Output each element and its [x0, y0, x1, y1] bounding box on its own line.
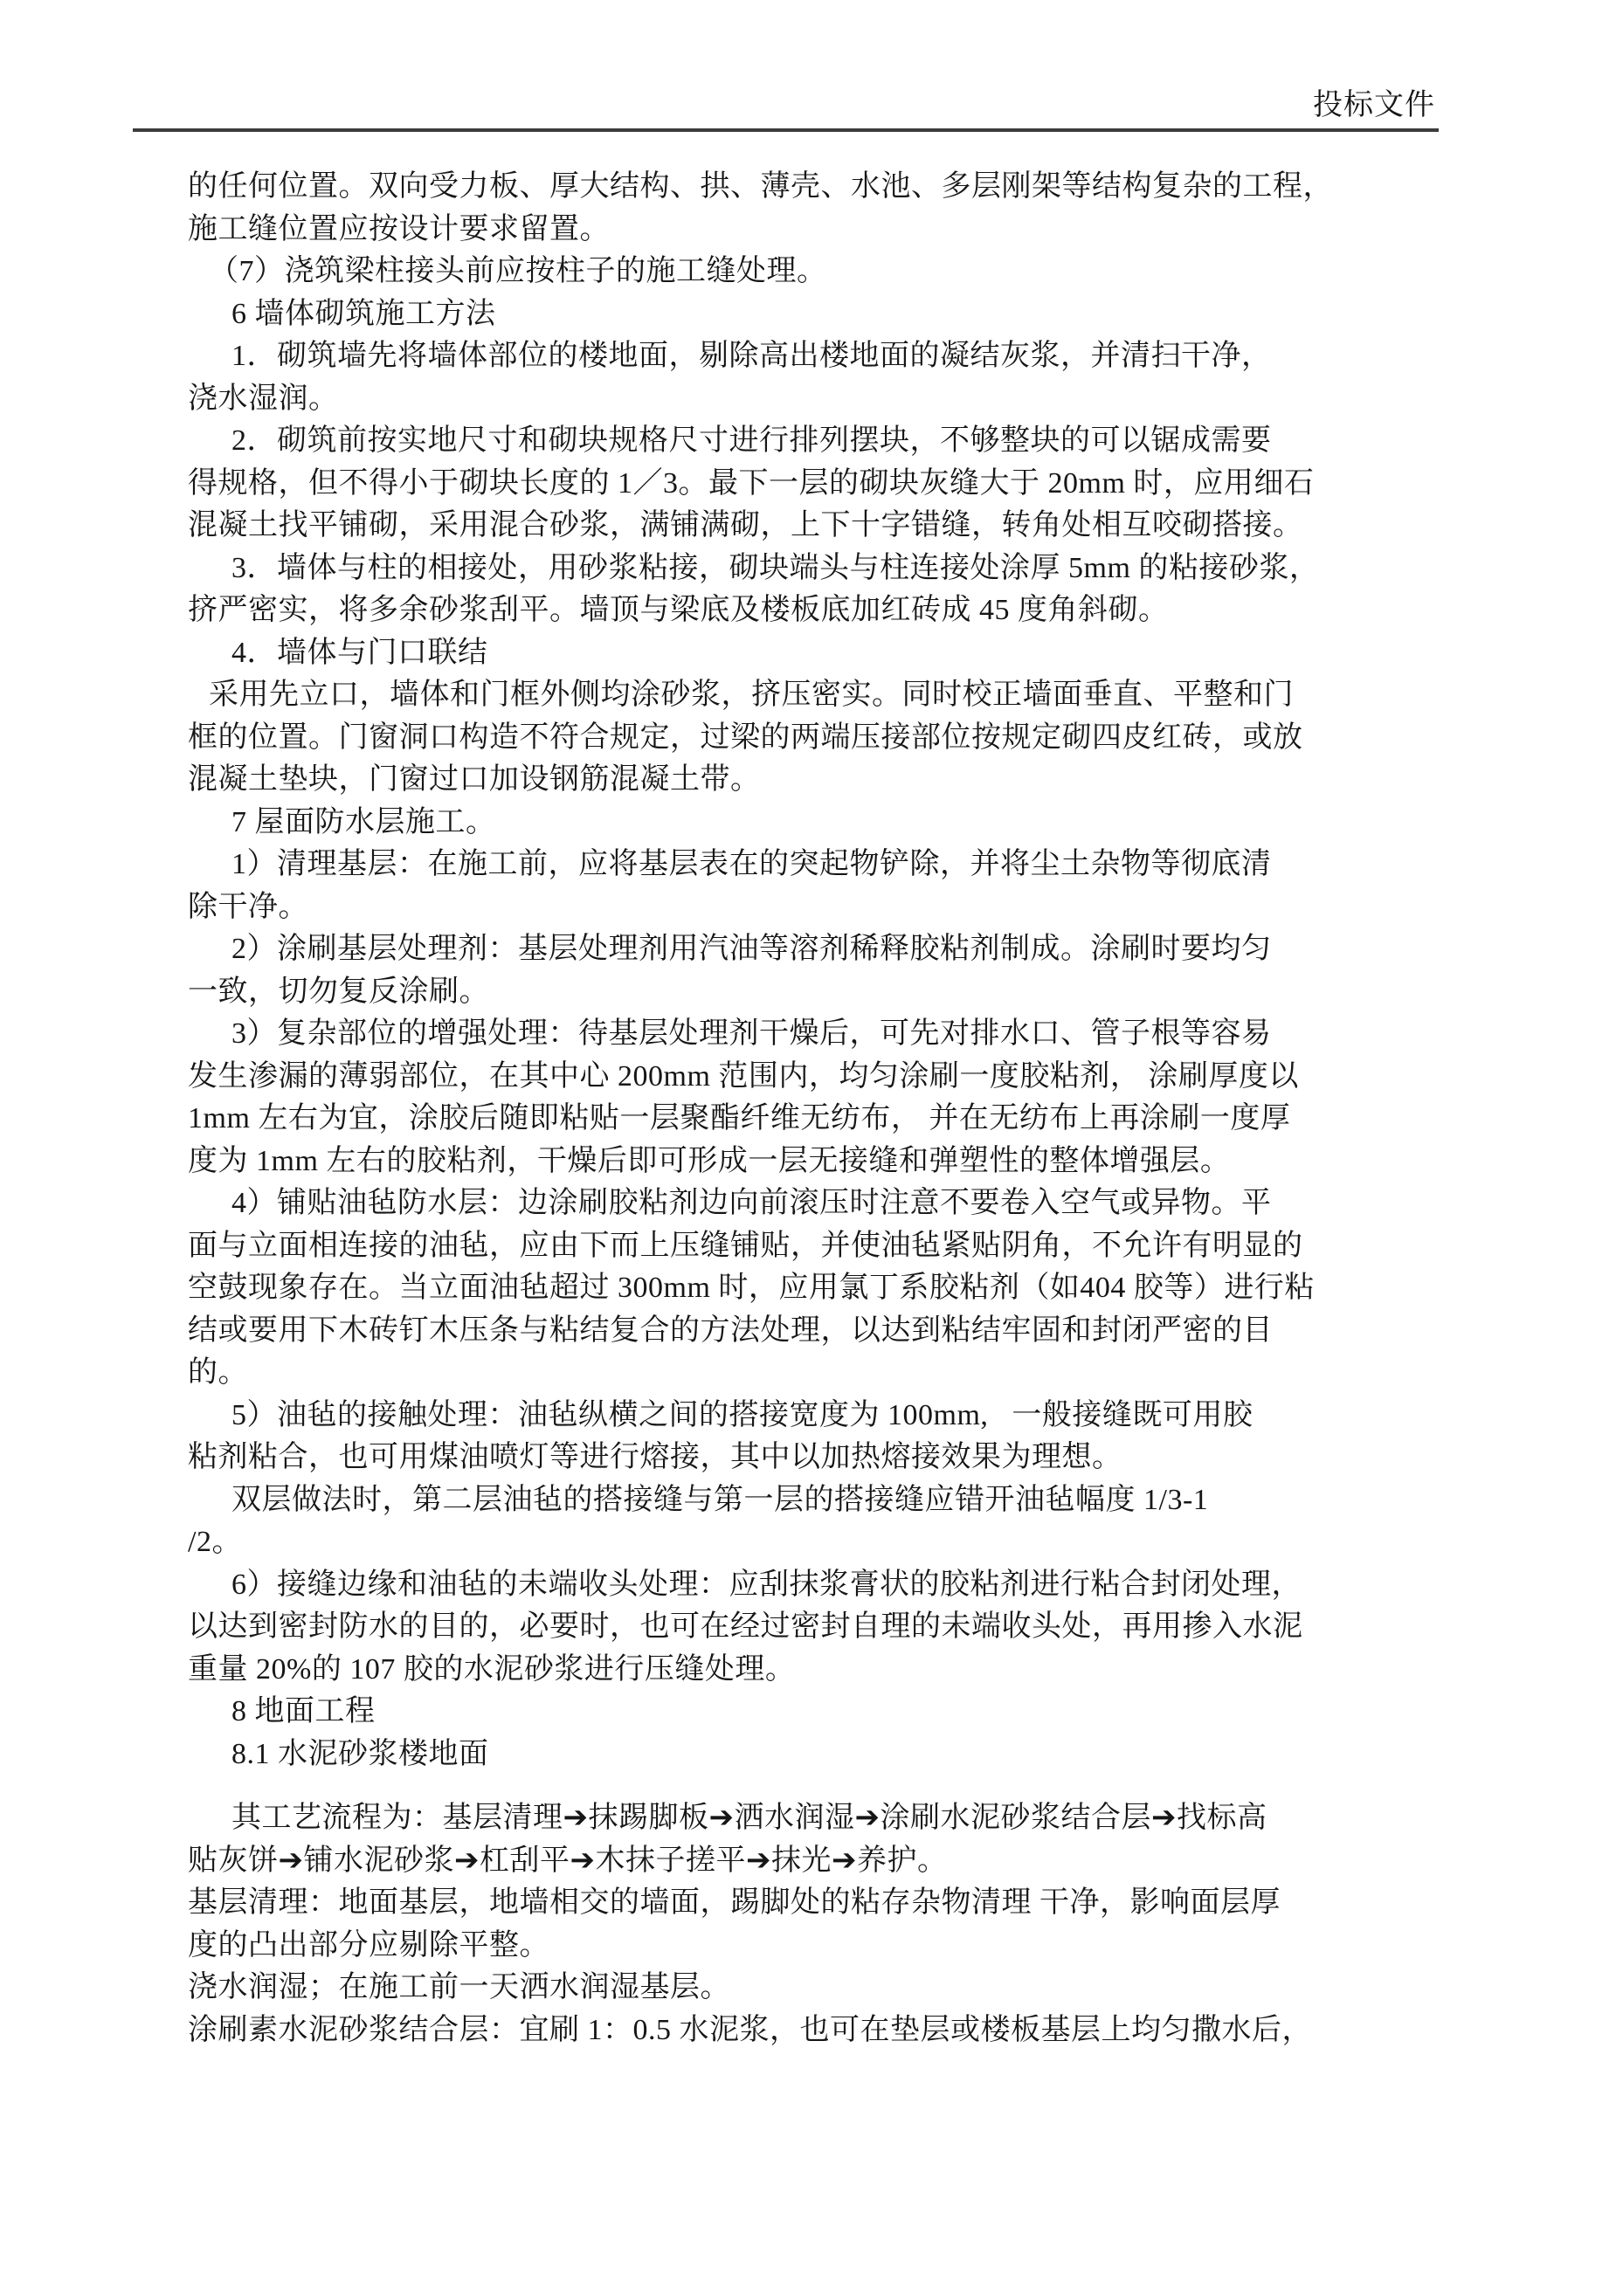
text-line-24: 度为 1mm 左右的胶粘剂，干燥后即可形成一层无接缝和弹塑性的整体增强层。: [188, 1141, 1435, 1183]
text-line-11: 挤严密实，将多余砂浆刮平。墙顶与梁底及楼板底加红砖成 45 度角斜砌。: [188, 590, 1435, 632]
text-line-26: 面与立面相连接的油毡，应由下而上压缝铺贴，并使油毡紧贴阴角，不允许有明显的: [188, 1225, 1435, 1268]
text-line-22: 发生渗漏的薄弱部位，在其中心 200mm 范围内，均匀涂刷一度胶粘剂， 涂刷厚度…: [188, 1056, 1435, 1099]
text-line-34: 6）接缝边缘和油毡的未端收头处理：应刮抹浆膏状的胶粘剂进行粘合封闭处理，: [188, 1564, 1435, 1607]
text-line-37: 8 地面工程: [188, 1691, 1435, 1734]
text-line-17: 1）清理基层：在施工前，应将基层表在的突起物铲除，并将尘土杂物等彻底清: [188, 844, 1435, 886]
text-line-7: 2．砌筑前按实地尺寸和砌块规格尺寸进行排列摆块，不够整块的可以锯成需要: [188, 420, 1435, 463]
text-line-3: （7）浇筑梁柱接头前应按柱子的施工缝处理。: [188, 251, 1435, 293]
text-line-39: 其工艺流程为：基层清理➔抹踢脚板➔洒水润湿➔涂刷水泥砂浆结合层➔找标高: [188, 1797, 1435, 1840]
text-line-30: 5）油毡的接触处理：油毡纵横之间的搭接宽度为 100mm, 一般接缝既可用胶: [188, 1395, 1435, 1438]
text-line-32: 双层做法时，第二层油毡的搭接缝与第一层的搭接缝应错开油毡幅度 1/3-1: [188, 1479, 1435, 1522]
text-line-20: 一致，切勿复反涂刷。: [188, 971, 1435, 1014]
text-line-38: 8.1 水泥砂浆楼地面: [188, 1734, 1435, 1776]
text-line-2: 施工缝位置应按设计要求留置。: [188, 209, 1435, 252]
text-line-15: 混凝土垫块，门窗过口加设钢筋混凝土带。: [188, 759, 1435, 802]
header-rule: [133, 128, 1439, 132]
text-line-18: 除干净。: [188, 886, 1435, 929]
text-line-28: 结或要用下木砖钉木压条与粘结复合的方法处理，以达到粘结牢固和封闭严密的目: [188, 1310, 1435, 1353]
document-page: 投标文件 的任何位置。双向受力板、厚大结构、拱、薄壳、水池、多层刚架等结构复杂的…: [0, 0, 1623, 2296]
text-line-23: 1mm 左右为宜，涂胶后随即粘贴一层聚酯纤维无纺布， 并在无纺布上再涂刷一度厚: [188, 1098, 1435, 1141]
text-line-44: 涂刷素水泥砂浆结合层：宜刷 1：0.5 水泥浆，也可在垫层或楼板基层上均匀撒水后…: [188, 2010, 1435, 2052]
text-line-35: 以达到密封防水的目的，必要时，也可在经过密封自理的未端收头处，再用掺入水泥: [188, 1606, 1435, 1649]
text-line-8: 得规格，但不得小于砌块长度的 1／3。最下一层的砌块灰缝大于 20mm 时，应用…: [188, 463, 1435, 506]
text-line-19: 2）涂刷基层处理剂：基层处理剂用汽油等溶剂稀释胶粘剂制成。涂刷时要均匀: [188, 928, 1435, 971]
text-line-42: 度的凸出部分应剔除平整。: [188, 1925, 1435, 1968]
header-title: 投标文件: [1313, 89, 1435, 121]
text-line-16: 7 屋面防水层施工。: [188, 802, 1435, 845]
text-line-43: 浇水润湿；在施工前一天洒水润湿基层。: [188, 1967, 1435, 2010]
text-line-6: 浇水湿润。: [188, 378, 1435, 421]
text-line-4: 6 墙体砌筑施工方法: [188, 293, 1435, 336]
text-line-21: 3）复杂部位的增强处理：待基层处理剂干燥后，可先对排水口、管子根等容易: [188, 1013, 1435, 1056]
text-line-41: 基层清理：地面基层，地墙相交的墙面，踢脚处的粘存杂物清理 干净，影响面层厚: [188, 1882, 1435, 1925]
text-line-40: 贴灰饼➔铺水泥砂浆➔杠刮平➔木抹子搓平➔抹光➔养护。: [188, 1840, 1435, 1883]
text-line-27: 空鼓现象存在。当立面油毡超过 300mm 时，应用氯丁系胶粘剂（如404 胶等）…: [188, 1267, 1435, 1310]
text-line-29: 的。: [188, 1352, 1435, 1395]
page-header: 投标文件: [0, 0, 1623, 123]
text-line-5: 1．砌筑墙先将墙体部位的楼地面，剔除高出楼地面的凝结灰浆，并清扫干净，: [188, 335, 1435, 378]
text-line-9: 混凝土找平铺砌，采用混合砂浆，满铺满砌，上下十字错缝，转角处相互咬砌搭接。: [188, 505, 1435, 548]
text-line-10: 3．墙体与柱的相接处，用砂浆粘接，砌块端头与柱连接处涂厚 5mm 的粘接砂浆，: [188, 548, 1435, 590]
text-line-31: 粘剂粘合，也可用煤油喷灯等进行熔接，其中以加热熔接效果为理想。: [188, 1437, 1435, 1479]
text-line-12: 4．墙体与门口联结: [188, 632, 1435, 675]
text-line-13: 采用先立口，墙体和门框外侧均涂砂浆，挤压密实。同时校正墙面垂直、平整和门: [188, 674, 1435, 717]
text-line-14: 框的位置。门窗洞口构造不符合规定，过梁的两端压接部位按规定砌四皮红砖，或放: [188, 717, 1435, 760]
text-line-36: 重量 20%的 107 胶的水泥砂浆进行压缝处理。: [188, 1649, 1435, 1692]
text-line-1: 的任何位置。双向受力板、厚大结构、拱、薄壳、水池、多层刚架等结构复杂的工程，: [188, 166, 1435, 209]
document-body: 的任何位置。双向受力板、厚大结构、拱、薄壳、水池、多层刚架等结构复杂的工程，施工…: [188, 166, 1435, 2051]
text-line-25: 4）铺贴油毡防水层：边涂刷胶粘剂边向前滚压时注意不要卷入空气或异物。平: [188, 1182, 1435, 1225]
text-line-33: /2。: [188, 1521, 1435, 1564]
